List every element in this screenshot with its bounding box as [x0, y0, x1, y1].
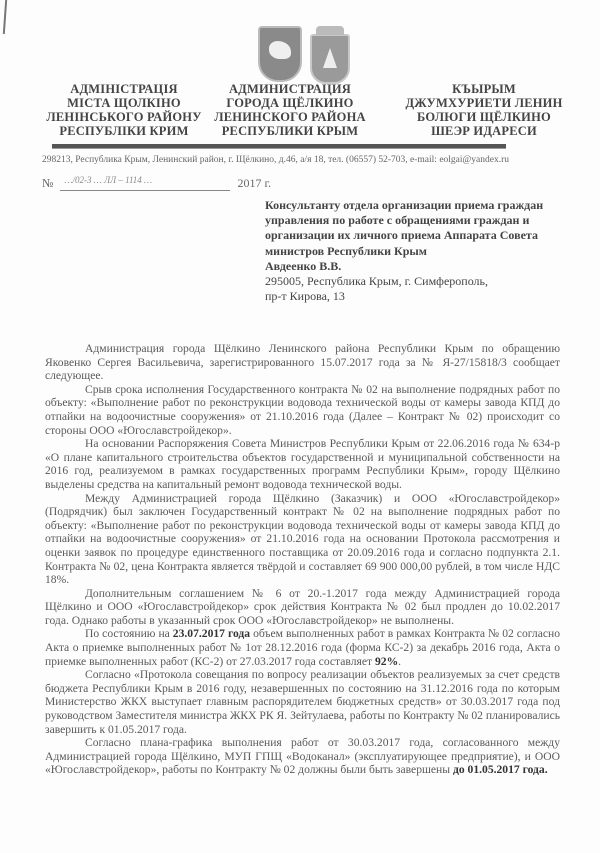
letterhead-line: ДЖУМХУРИЕТИ ЛЕНИН [392, 96, 576, 110]
paragraph-text: Администрация города Щёлкино Ленинского … [45, 342, 560, 382]
scan-edge-mark [3, 0, 7, 34]
paragraph-text: . [398, 655, 401, 668]
letterhead-line: ЛЕНІНСЬКОГО РАЙОНУ [44, 110, 204, 124]
emphasized-text: 92% [375, 655, 398, 668]
recipient-title-line: министров Республики Крым [265, 244, 595, 259]
paragraph-text: На основании Распоряжения Совета Министр… [45, 437, 560, 491]
letterhead-line: РЕСПУБЛИКИ КРЫМ [210, 124, 370, 138]
document-year: 2017 г. [237, 176, 271, 190]
number-fill-line: …/02-3 … ЛЛ – 1114 … [60, 178, 230, 191]
letterhead-line: РЕСПУБЛІКИ КРИМ [44, 124, 204, 138]
body-paragraph: По состоянию на 23.07.2017 года объем вы… [45, 627, 560, 668]
scanned-letter-page: АДМІНІСТРАЦІЯ МІСТА ЩОЛКІНО ЛЕНІНСЬКОГО … [0, 0, 600, 853]
recipient-name: Авдеенко В.В. [265, 259, 595, 274]
body-paragraph: Срыв срока исполнения Государственного к… [45, 383, 560, 437]
recipient-title-line: Консультанту отдела организации приема г… [265, 198, 595, 213]
handwritten-number: …/02-3 … ЛЛ – 1114 … [64, 175, 152, 185]
letterhead-crimean-tatar: КЪЫРЫМ ДЖУМХУРИЕТИ ЛЕНИН БОЛЮГИ ЩЁЛКИНО … [392, 82, 576, 138]
letterhead-line: МІСТА ЩОЛКІНО [44, 96, 204, 110]
letterhead-ukrainian: АДМІНІСТРАЦІЯ МІСТА ЩОЛКІНО ЛЕНІНСЬКОГО … [44, 82, 204, 138]
letterhead-line: АДМІНІСТРАЦІЯ [44, 82, 204, 96]
body-paragraph: Согласно плана-графика выполнения работ … [45, 736, 560, 777]
letterhead-line: БОЛЮГИ ЩЁЛКИНО [392, 110, 576, 124]
letterhead-line: ГОРОДА ЩЁЛКИНО [210, 96, 370, 110]
body-paragraph: Дополнительным соглашением № 6 от 20.-1.… [45, 587, 560, 628]
recipient-title-line: организации их личного приема Аппарата С… [265, 228, 595, 243]
sender-address: 298213, Республика Крым, Ленинский район… [42, 155, 509, 165]
shchelkino-coat-of-arms-icon [310, 34, 350, 84]
letterhead-russian: АДМИНИСТРАЦИЯ ГОРОДА ЩЁЛКИНО ЛЕНИНСКОГО … [210, 82, 370, 138]
letterhead-line: ШЕЭР ИДАРЕСИ [392, 124, 576, 138]
recipient-address-line: 295005, Республика Крым, г. Симферополь, [265, 274, 595, 289]
letterhead-line: ЛЕНИНСКОГО РАЙОНА [210, 110, 370, 124]
recipient-block: Консультанту отдела организации приема г… [265, 198, 595, 304]
letterhead-line: АДМИНИСТРАЦИЯ [210, 82, 370, 96]
body-paragraph: Между Администрацией города Щёлкино (Зак… [45, 492, 560, 587]
body-paragraph: На основании Распоряжения Совета Министр… [45, 437, 560, 491]
paragraph-text: Срыв срока исполнения Государственного к… [45, 383, 560, 437]
letterhead-divider [52, 144, 506, 149]
recipient-title-line: управления по работе с обращениями гражд… [265, 213, 595, 228]
letter-body: Администрация города Щёлкино Ленинского … [45, 342, 560, 777]
crimea-coat-of-arms-icon [258, 26, 302, 82]
emphasized-text: до 01.05.2017 года. [453, 763, 548, 776]
paragraph-text: Дополнительным соглашением № 6 от 20.-1.… [45, 587, 560, 627]
document-number: № …/02-3 … ЛЛ – 1114 … 2017 г. [42, 176, 271, 191]
recipient-address-line: пр-т Кирова, 13 [265, 289, 595, 304]
body-paragraph: Администрация города Щёлкино Ленинского … [45, 342, 560, 383]
body-paragraph: Согласно «Протокола совещания по вопросу… [45, 668, 560, 736]
letterhead-line: КЪЫРЫМ [392, 82, 576, 96]
paragraph-text: Согласно «Протокола совещания по вопросу… [45, 668, 560, 735]
letterhead-emblems [258, 26, 350, 84]
paragraph-text: Между Администрацией города Щёлкино (Зак… [45, 492, 560, 587]
emphasized-text: 23.07.2017 года [173, 627, 250, 640]
paragraph-text: По состоянию на [85, 627, 173, 640]
number-sign: № [42, 176, 53, 190]
